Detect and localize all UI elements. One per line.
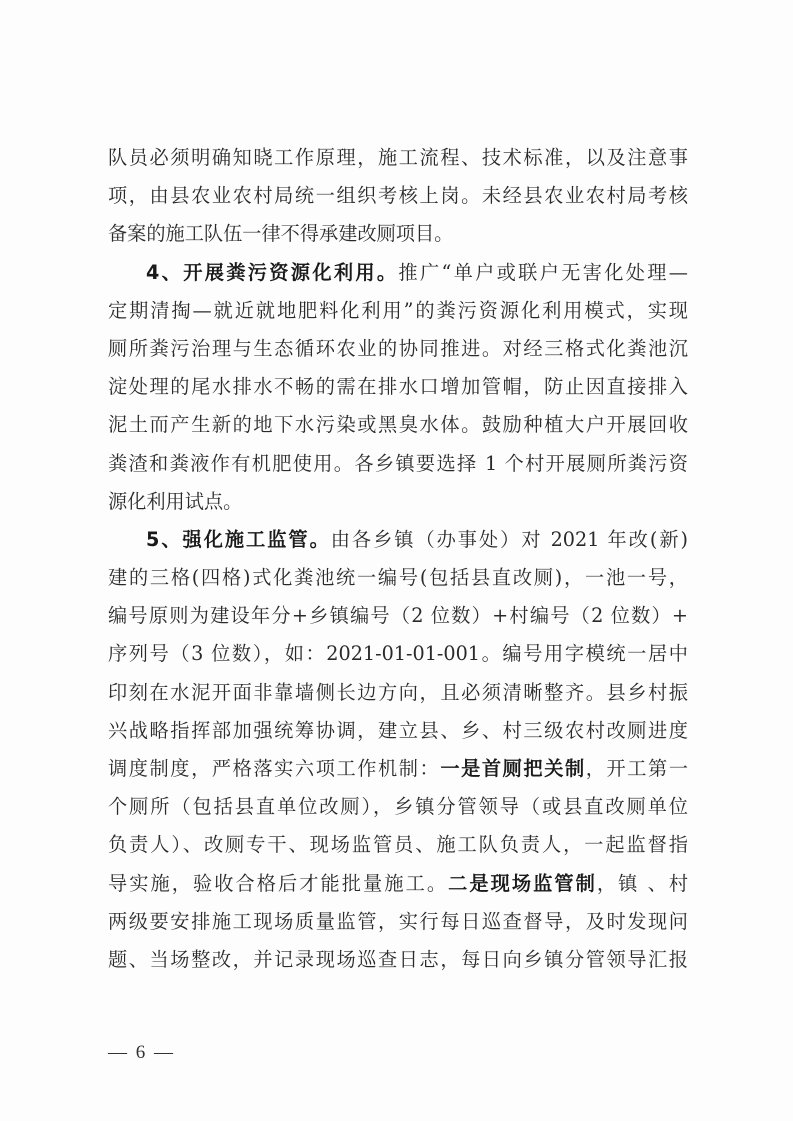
mechanism-2-label: 二是现场监管制 [448, 872, 597, 895]
body-text: 队员必须明确知晓工作原理，施工流程、技术标准，以及注意事 项，由县农业农村局统一… [108, 139, 688, 979]
text-line-with-emphasis: 调度制度，严格落实六项工作机制：一是首厕把关制，开工第一 [108, 750, 688, 788]
mechanism-1-label: 一是首厕把关制 [440, 757, 585, 780]
text-span: ，开工第一 [586, 757, 688, 780]
text-line: 备案的施工队伍一律不得承建改厕项目。 [108, 215, 688, 253]
page-number: — 6 — [108, 1042, 175, 1064]
text-span: ，镇 、村 [597, 872, 688, 895]
text-line: 粪渣和粪液作有机肥使用。各乡镇要选择 1 个村开展厕所粪污资 [108, 445, 688, 483]
text-line: 建的三格(四格)式化粪池统一编号(包括县直改厕)，一池一号， [108, 559, 688, 597]
section-5-heading: 5、强化施工监管。 [146, 528, 331, 551]
text-line: 个厕所（包括县直单位改厕），乡镇分管领导（或县直改厕单位 [108, 788, 688, 826]
section-4-heading: 4、开展粪污资源化利用。 [146, 261, 398, 284]
text-line: 泥土而产生新的地下水污染或黑臭水体。鼓励种植大户开展回收 [108, 406, 688, 444]
text-span: 导实施，验收合格后才能批量施工。 [108, 872, 448, 895]
text-line: 淀处理的尾水排水不畅的需在排水口增加管帽，防止因直接排入 [108, 368, 688, 406]
text-line: 题、当场整改，并记录现场巡查日志，每日向乡镇分管领导汇报 [108, 941, 688, 979]
text-line: 厕所粪污治理与生态循环农业的协同推进。对经三格式化粪池沉 [108, 330, 688, 368]
text-line: 负责人）、改厕专干、现场监管员、施工队负责人，一起监督指 [108, 826, 688, 864]
text-line: 项，由县农业农村局统一组织考核上岗。未经县农业农村局考核 [108, 177, 688, 215]
text-span: 由各乡镇（办事处）对 2021 年改(新) [331, 528, 688, 551]
text-line: 兴战略指挥部加强统筹协调，建立县、乡、村三级农村改厕进度 [108, 712, 688, 750]
text-line: 定期清掏—就近就地肥料化利用”的粪污资源化利用模式，实现 [108, 292, 688, 330]
text-line: 序列号（3 位数），如：2021-01-01-001。编号用字模统一居中 [108, 635, 688, 673]
text-line: 队员必须明确知晓工作原理，施工流程、技术标准，以及注意事 [108, 139, 688, 177]
text-span: 推广“单户或联户无害化处理— [398, 261, 688, 284]
section-4-first-line: 4、开展粪污资源化利用。推广“单户或联户无害化处理— [108, 254, 688, 292]
text-line: 两级要安排施工现场质量监管，实行每日巡查督导，及时发现问 [108, 903, 688, 941]
document-page: 队员必须明确知晓工作原理，施工流程、技术标准，以及注意事 项，由县农业农村局统一… [0, 0, 793, 1121]
text-line: 编号原则为建设年分+乡镇编号（2 位数）+村编号（2 位数）+ [108, 597, 688, 635]
text-span: 调度制度，严格落实六项工作机制： [108, 757, 440, 780]
section-5-first-line: 5、强化施工监管。由各乡镇（办事处）对 2021 年改(新) [108, 521, 688, 559]
text-line-with-emphasis: 导实施，验收合格后才能批量施工。二是现场监管制，镇 、村 [108, 865, 688, 903]
text-line: 源化利用试点。 [108, 483, 688, 521]
text-line: 印刻在水泥开面非靠墙侧长边方向，且必须清晰整齐。县乡村振 [108, 674, 688, 712]
